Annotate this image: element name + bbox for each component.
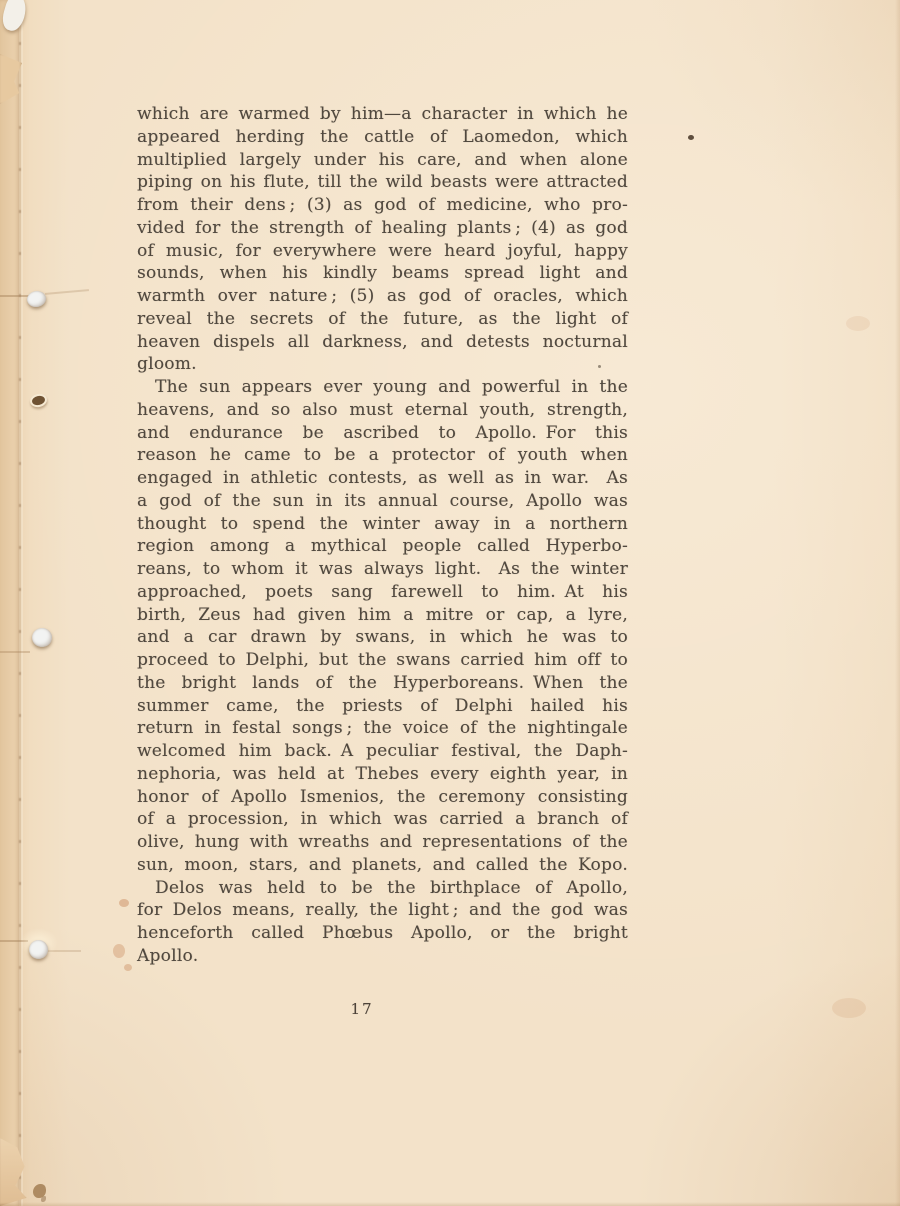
- text-line: thought to spend the winter away in a no…: [137, 513, 628, 536]
- text-line: of music, for everywhere were heard joyf…: [137, 240, 628, 263]
- text-line: the bright lands of the Hyperboreans. Wh…: [137, 672, 628, 695]
- text-line: a god of the sun in its annual course, A…: [137, 490, 628, 513]
- text-line: from their dens ; (3) as god of medicine…: [137, 194, 628, 217]
- text-line: reans, to whom it was always light. As t…: [137, 558, 628, 581]
- ink-speck: [688, 135, 694, 140]
- text-line: Delos was held to be the birthplace of A…: [137, 877, 628, 900]
- text-line: birth, Zeus had given him a mitre or cap…: [137, 604, 628, 627]
- page-left-edge: [0, 0, 19, 1206]
- fold-highlight: [21, 0, 23, 1206]
- text-line: proceed to Delphi, but the swans carried…: [137, 649, 628, 672]
- torn-corner-bottom-left: [0, 1138, 28, 1206]
- text-line: heavens, and so also must eternal youth,…: [137, 399, 628, 422]
- text-line: nephoria, was held at Thebes every eight…: [137, 763, 628, 786]
- page-number: 17: [337, 1000, 387, 1018]
- text-line: and endurance be ascribed to Apollo. For…: [137, 422, 628, 445]
- text-line: honor of Apollo Ismenios, the ceremony c…: [137, 786, 628, 809]
- text-block: which are warmed by him—a character in w…: [137, 103, 628, 968]
- punch-hole-bottom: [29, 940, 48, 959]
- text-line: heaven dispels all darkness, and detests…: [137, 331, 628, 354]
- paper-stain: [113, 944, 125, 958]
- paper-stain: [119, 899, 129, 907]
- paragraph: Delos was held to be the birthplace of A…: [137, 877, 628, 968]
- text-line: vided for the strength of healing plants…: [137, 217, 628, 240]
- text-line: gloom.: [137, 353, 628, 376]
- text-line: welcomed him back. A peculiar festival, …: [137, 740, 628, 763]
- text-line: summer came, the priests of Delphi haile…: [137, 695, 628, 718]
- page-right-edge: [895, 0, 900, 1206]
- text-line: reason he came to be a protector of yout…: [137, 444, 628, 467]
- text-line: warmth over nature ; (5) as god of oracl…: [137, 285, 628, 308]
- text-line: henceforth called Phœbus Apollo, or the …: [137, 922, 628, 945]
- paragraph: which are warmed by him—a character in w…: [137, 103, 628, 376]
- text-line: olive, hung with wreaths and representat…: [137, 831, 628, 854]
- text-line: sun, moon, stars, and planets, and calle…: [137, 854, 628, 877]
- text-line: return in festal songs ; the voice of th…: [137, 717, 628, 740]
- book-page: which are warmed by him—a character in w…: [0, 0, 900, 1206]
- text-line: and a car drawn by swans, in which he wa…: [137, 626, 628, 649]
- crease-line: [0, 295, 30, 297]
- text-line: The sun appears ever young and powerful …: [137, 376, 628, 399]
- crease-line: [45, 289, 89, 295]
- text-line: engaged in athletic contests, as well as…: [137, 467, 628, 490]
- text-line: approached, poets sang farewell to him. …: [137, 581, 628, 604]
- paragraph: The sun appears ever young and powerful …: [137, 376, 628, 877]
- text-line: appeared herding the cattle of Laomedon,…: [137, 126, 628, 149]
- paper-stain: [846, 316, 870, 331]
- text-line: of a procession, in which was carried a …: [137, 808, 628, 831]
- torn-corner-speck: [33, 1184, 46, 1198]
- text-line: Apollo.: [137, 945, 628, 968]
- pin-hole: [29, 392, 48, 408]
- page-bottom-edge: [0, 1202, 900, 1206]
- crease-line: [0, 651, 30, 653]
- text-line: which are warmed by him—a character in w…: [137, 103, 628, 126]
- text-line: region among a mythical people called Hy…: [137, 535, 628, 558]
- paper-stain: [832, 998, 866, 1018]
- text-line: sounds, when his kindly beams spread lig…: [137, 262, 628, 285]
- text-line: multiplied largely under his care, and w…: [137, 149, 628, 172]
- punch-hole-middle: [32, 628, 52, 647]
- text-line: for Delos means, really, the light ; and…: [137, 899, 628, 922]
- text-line: reveal the secrets of the future, as the…: [137, 308, 628, 331]
- text-line: piping on his flute, till the wild beast…: [137, 171, 628, 194]
- paper-stain: [124, 964, 132, 971]
